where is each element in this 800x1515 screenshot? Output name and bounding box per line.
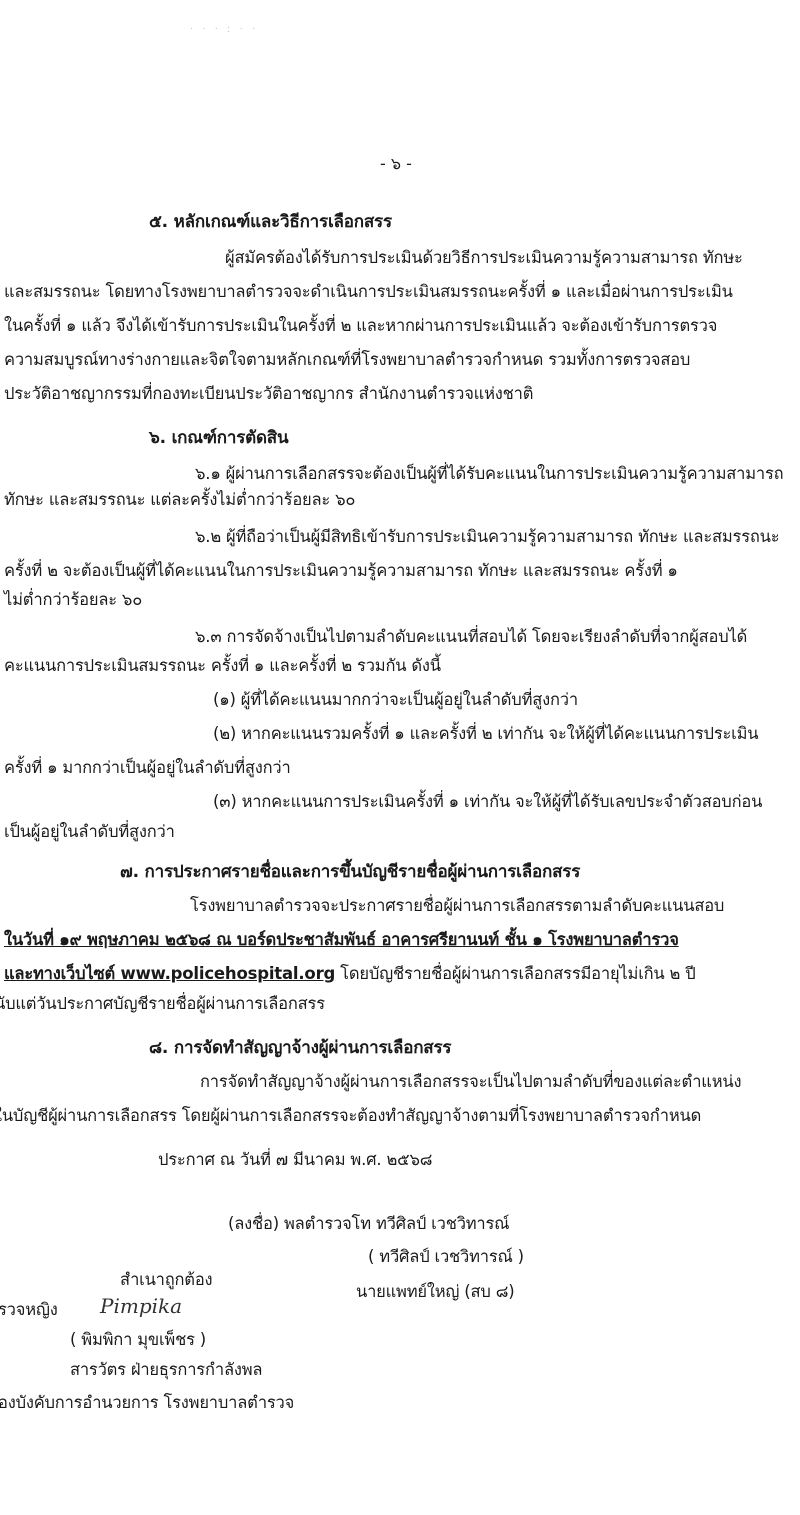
section7-line: และทางเว็บไซต์ www.policehospital.org โด… [4, 964, 696, 984]
section6-sub1: (๑) ผู้ที่ได้คะแนนมากกว่าจะเป็นผู้อยู่ใน… [213, 690, 578, 710]
section6-item2: ครั้งที่ ๒ จะต้องเป็นผู้ที่ได้คะแนนในการ… [4, 561, 678, 581]
section7-line-underlined: ในวันที่ ๑๙ พฤษภาคม ๒๕๖๘ ณ บอร์ดประชาสัม… [4, 930, 679, 950]
section7-line: โรงพยาบาลตำรวจจะประกาศรายชื่อผู้ผ่านการเ… [190, 896, 724, 916]
announcement-date: ประกาศ ณ วันที่ ๗ มีนาคม พ.ศ. ๒๕๖๘ [158, 1150, 432, 1170]
page-number: - ๖ - [380, 152, 412, 177]
section6-sub3: เป็นผู้อยู่ในลำดับที่สูงกว่า [4, 822, 175, 842]
section5-line: และสมรรถนะ โดยทางโรงพยาบาลตำรวจจะดำเนินก… [4, 282, 733, 302]
signatory-name: ( ทวีศิลป์ เวชวิทารณ์ ) [368, 1247, 524, 1267]
section5-heading: ๕. หลักเกณฑ์และวิธีการเลือกสรร [149, 212, 392, 232]
scan-header-noise: · · · ː · · [190, 24, 390, 40]
certifier-rank: รวจหญิง [0, 1300, 58, 1320]
handwritten-signature: Pimpika [100, 1294, 182, 1318]
section6-sub2: ครั้งที่ ๑ มากกว่าเป็นผู้อยู่ในลำดับที่ส… [4, 758, 291, 778]
section6-item1: ทักษะ และสมรรถนะ แต่ละครั้งไม่ต่ำกว่าร้อ… [4, 490, 355, 510]
section7-line-rest: โดยบัญชีรายชื่อผู้ผ่านการเลือกสรรมีอายุไ… [335, 964, 695, 983]
section5-line: ผู้สมัครต้องได้รับการประเมินด้วยวิธีการป… [225, 248, 743, 268]
section7-line: นับแต่วันประกาศบัญชีรายชื่อผู้ผ่านการเลื… [0, 994, 325, 1014]
section8-heading: ๘. การจัดทำสัญญาจ้างผู้ผ่านการเลือกสรร [149, 1038, 451, 1058]
section6-item3: คะแนนการประเมินสมรรถนะ ครั้งที่ ๑ และครั… [4, 656, 441, 676]
certifier-department: องบังคับการอำนวยการ โรงพยาบาลตำรวจ [0, 1393, 294, 1413]
certified-copy-label: สำเนาถูกต้อง [120, 1270, 212, 1290]
section6-item1: ๖.๑ ผู้ผ่านการเลือกสรรจะต้องเป็นผู้ที่ได… [195, 464, 783, 484]
section6-item2: ไม่ต่ำกว่าร้อยละ ๖๐ [4, 590, 142, 610]
signatory-title: นายแพทย์ใหญ่ (สบ ๘) [356, 1282, 515, 1302]
section6-sub2: (๒) หากคะแนนรวมครั้งที่ ๑ และครั้งที่ ๒ … [213, 724, 758, 744]
section6-item2: ๖.๒ ผู้ที่ถือว่าเป็นผู้มีสิทธิเข้ารับการ… [195, 527, 779, 547]
section6-heading: ๖. เกณฑ์การตัดสิน [149, 428, 288, 448]
section6-sub3: (๓) หากคะแนนการประเมินครั้งที่ ๑ เท่ากัน… [213, 792, 762, 812]
certifier-position: สารวัตร ฝ่ายธุรการกำลังพล [70, 1360, 262, 1380]
section5-line: ประวัติอาชญากรรมที่กองทะเบียนประวัติอาชญ… [4, 384, 533, 404]
section8-line: ในบัญชีผู้ผ่านการเลือกสรร โดยผู้ผ่านการเ… [0, 1106, 701, 1126]
section5-line: ในครั้งที่ ๑ แล้ว จึงได้เข้ารับการประเมิ… [4, 316, 717, 336]
section7-heading: ๗. การประกาศรายชื่อและการขึ้นบัญชีรายชื่… [120, 862, 580, 882]
section5-line: ความสมบูรณ์ทางร่างกายและจิตใจตามหลักเกณฑ… [4, 350, 690, 370]
section8-line: การจัดทำสัญญาจ้างผู้ผ่านการเลือกสรรจะเป็… [200, 1072, 741, 1092]
website-link[interactable]: และทางเว็บไซต์ www.policehospital.org [4, 964, 335, 983]
section6-item3: ๖.๓ การจัดจ้างเป็นไปตามลำดับคะแนนที่สอบไ… [195, 627, 747, 647]
signed-line: (ลงชื่อ) พลตำรวจโท ทวีศิลป์ เวชวิทารณ์ [228, 1214, 509, 1234]
certifier-name: ( พิมพิกา มุขเพ็ชร ) [70, 1330, 206, 1350]
